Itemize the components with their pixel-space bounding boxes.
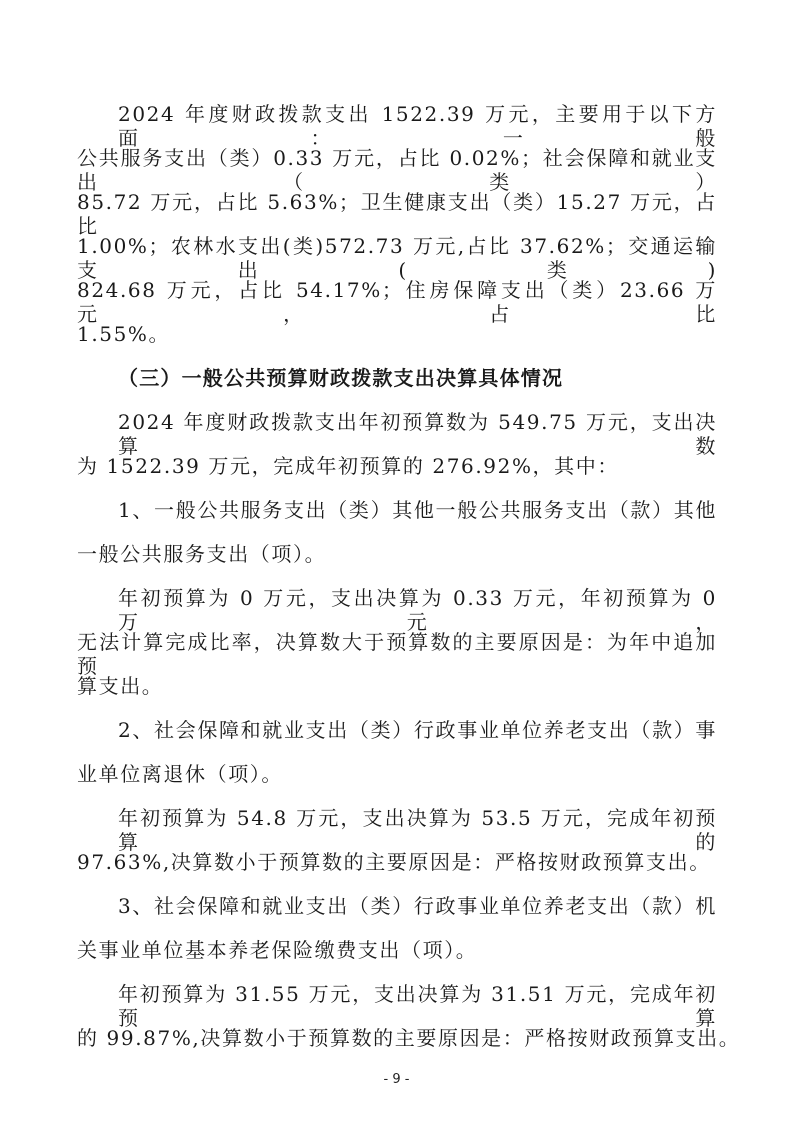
paragraph-line: 业单位离退休（项）。 — [77, 762, 717, 786]
paragraph-line: 1.55%。 — [77, 322, 717, 346]
paragraph-line: 824.68 万元，占比 54.17%；住房保障支出（类）23.66 万元，占比 — [77, 278, 717, 326]
paragraph-line: 2、社会保障和就业支出（类）行政事业单位养老支出（款）事 — [118, 718, 717, 742]
paragraph-line: 公共服务支出（类）0.33 万元，占比 0.02%；社会保障和就业支出（类） — [77, 146, 717, 194]
paragraph-line: 1、一般公共服务支出（类）其他一般公共服务支出（款）其他 — [118, 498, 717, 522]
paragraph-line: 关事业单位基本养老保险缴费支出（项）。 — [77, 938, 717, 962]
paragraph-line: 1.00%；农林水支出(类)572.73 万元,占比 37.62%；交通运输支出… — [77, 234, 717, 282]
paragraph-line: 97.63%,决算数小于预算数的主要原因是：严格按财政预算支出。 — [77, 850, 717, 874]
page-number: - 9 - — [0, 1072, 793, 1087]
paragraph-line: 的 99.87%,决算数小于预算数的主要原因是：严格按财政预算支出。 — [77, 1026, 717, 1050]
paragraph-line: 一般公共服务支出（项）。 — [77, 542, 717, 566]
document-page: 2024 年度财政拨款支出 1522.39 万元，主要用于以下方面：一般公共服务… — [0, 0, 793, 1122]
paragraph-line: 年初预算为 31.55 万元，支出决算为 31.51 万元，完成年初预算 — [118, 982, 717, 1030]
paragraph-line: 3、社会保障和就业支出（类）行政事业单位养老支出（款）机 — [118, 894, 717, 918]
paragraph-line: 为 1522.39 万元，完成年初预算的 276.92%，其中： — [77, 454, 717, 478]
paragraph-line: 2024 年度财政拨款支出年初预算数为 549.75 万元，支出决算数 — [118, 410, 717, 458]
paragraph-line: 2024 年度财政拨款支出 1522.39 万元，主要用于以下方面：一般 — [118, 102, 717, 150]
paragraph-line: 年初预算为 0 万元，支出决算为 0.33 万元，年初预算为 0 万元， — [118, 586, 717, 634]
paragraph-line: 年初预算为 54.8 万元，支出决算为 53.5 万元，完成年初预算的 — [118, 806, 717, 854]
paragraph-line: 85.72 万元，占比 5.63%；卫生健康支出（类）15.27 万元，占比 — [77, 190, 717, 238]
section-heading: （三）一般公共预算财政拨款支出决算具体情况 — [118, 366, 717, 390]
paragraph-line: 无法计算完成比率，决算数大于预算数的主要原因是：为年中追加预 — [77, 630, 717, 678]
paragraph-line: 算支出。 — [77, 674, 717, 698]
